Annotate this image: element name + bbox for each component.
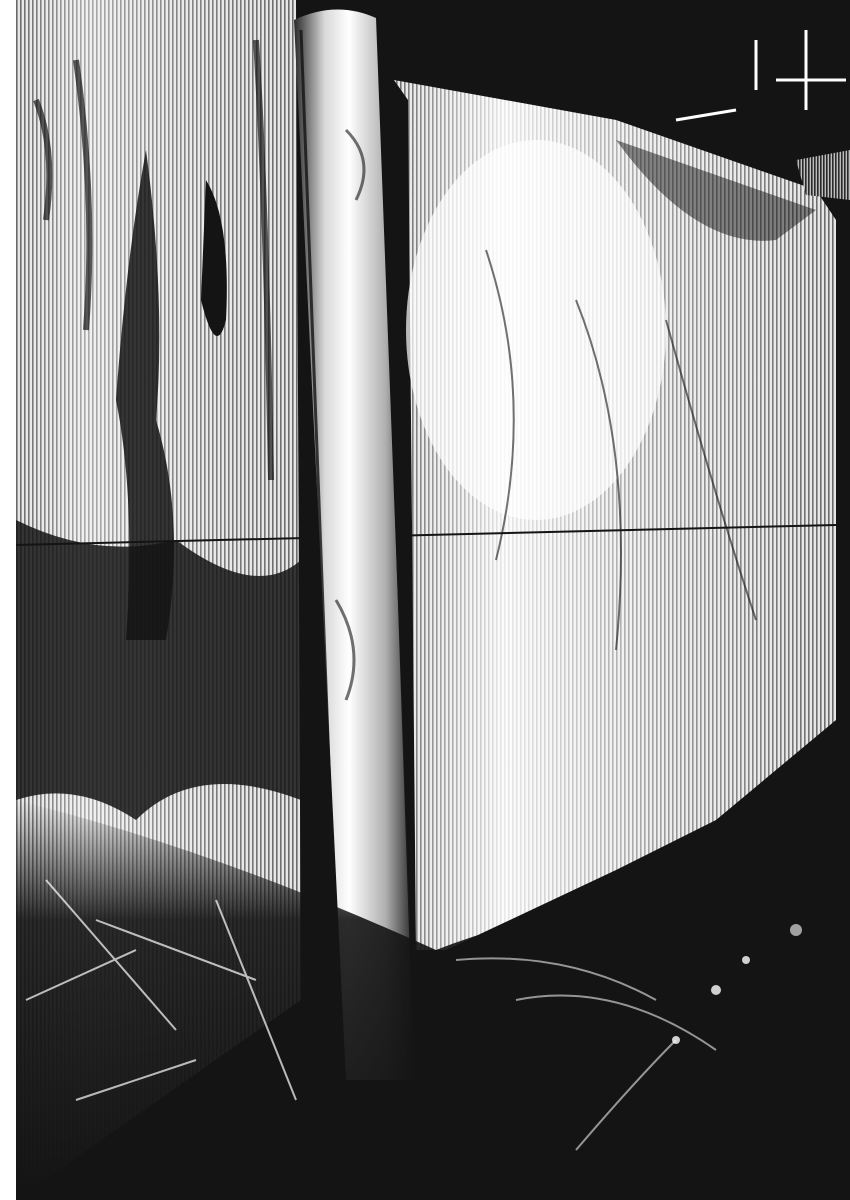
manga-panel: Black-and-white manga illustration of a … bbox=[16, 0, 850, 1200]
illustration bbox=[16, 0, 850, 1200]
right-wall-panel bbox=[394, 80, 836, 950]
